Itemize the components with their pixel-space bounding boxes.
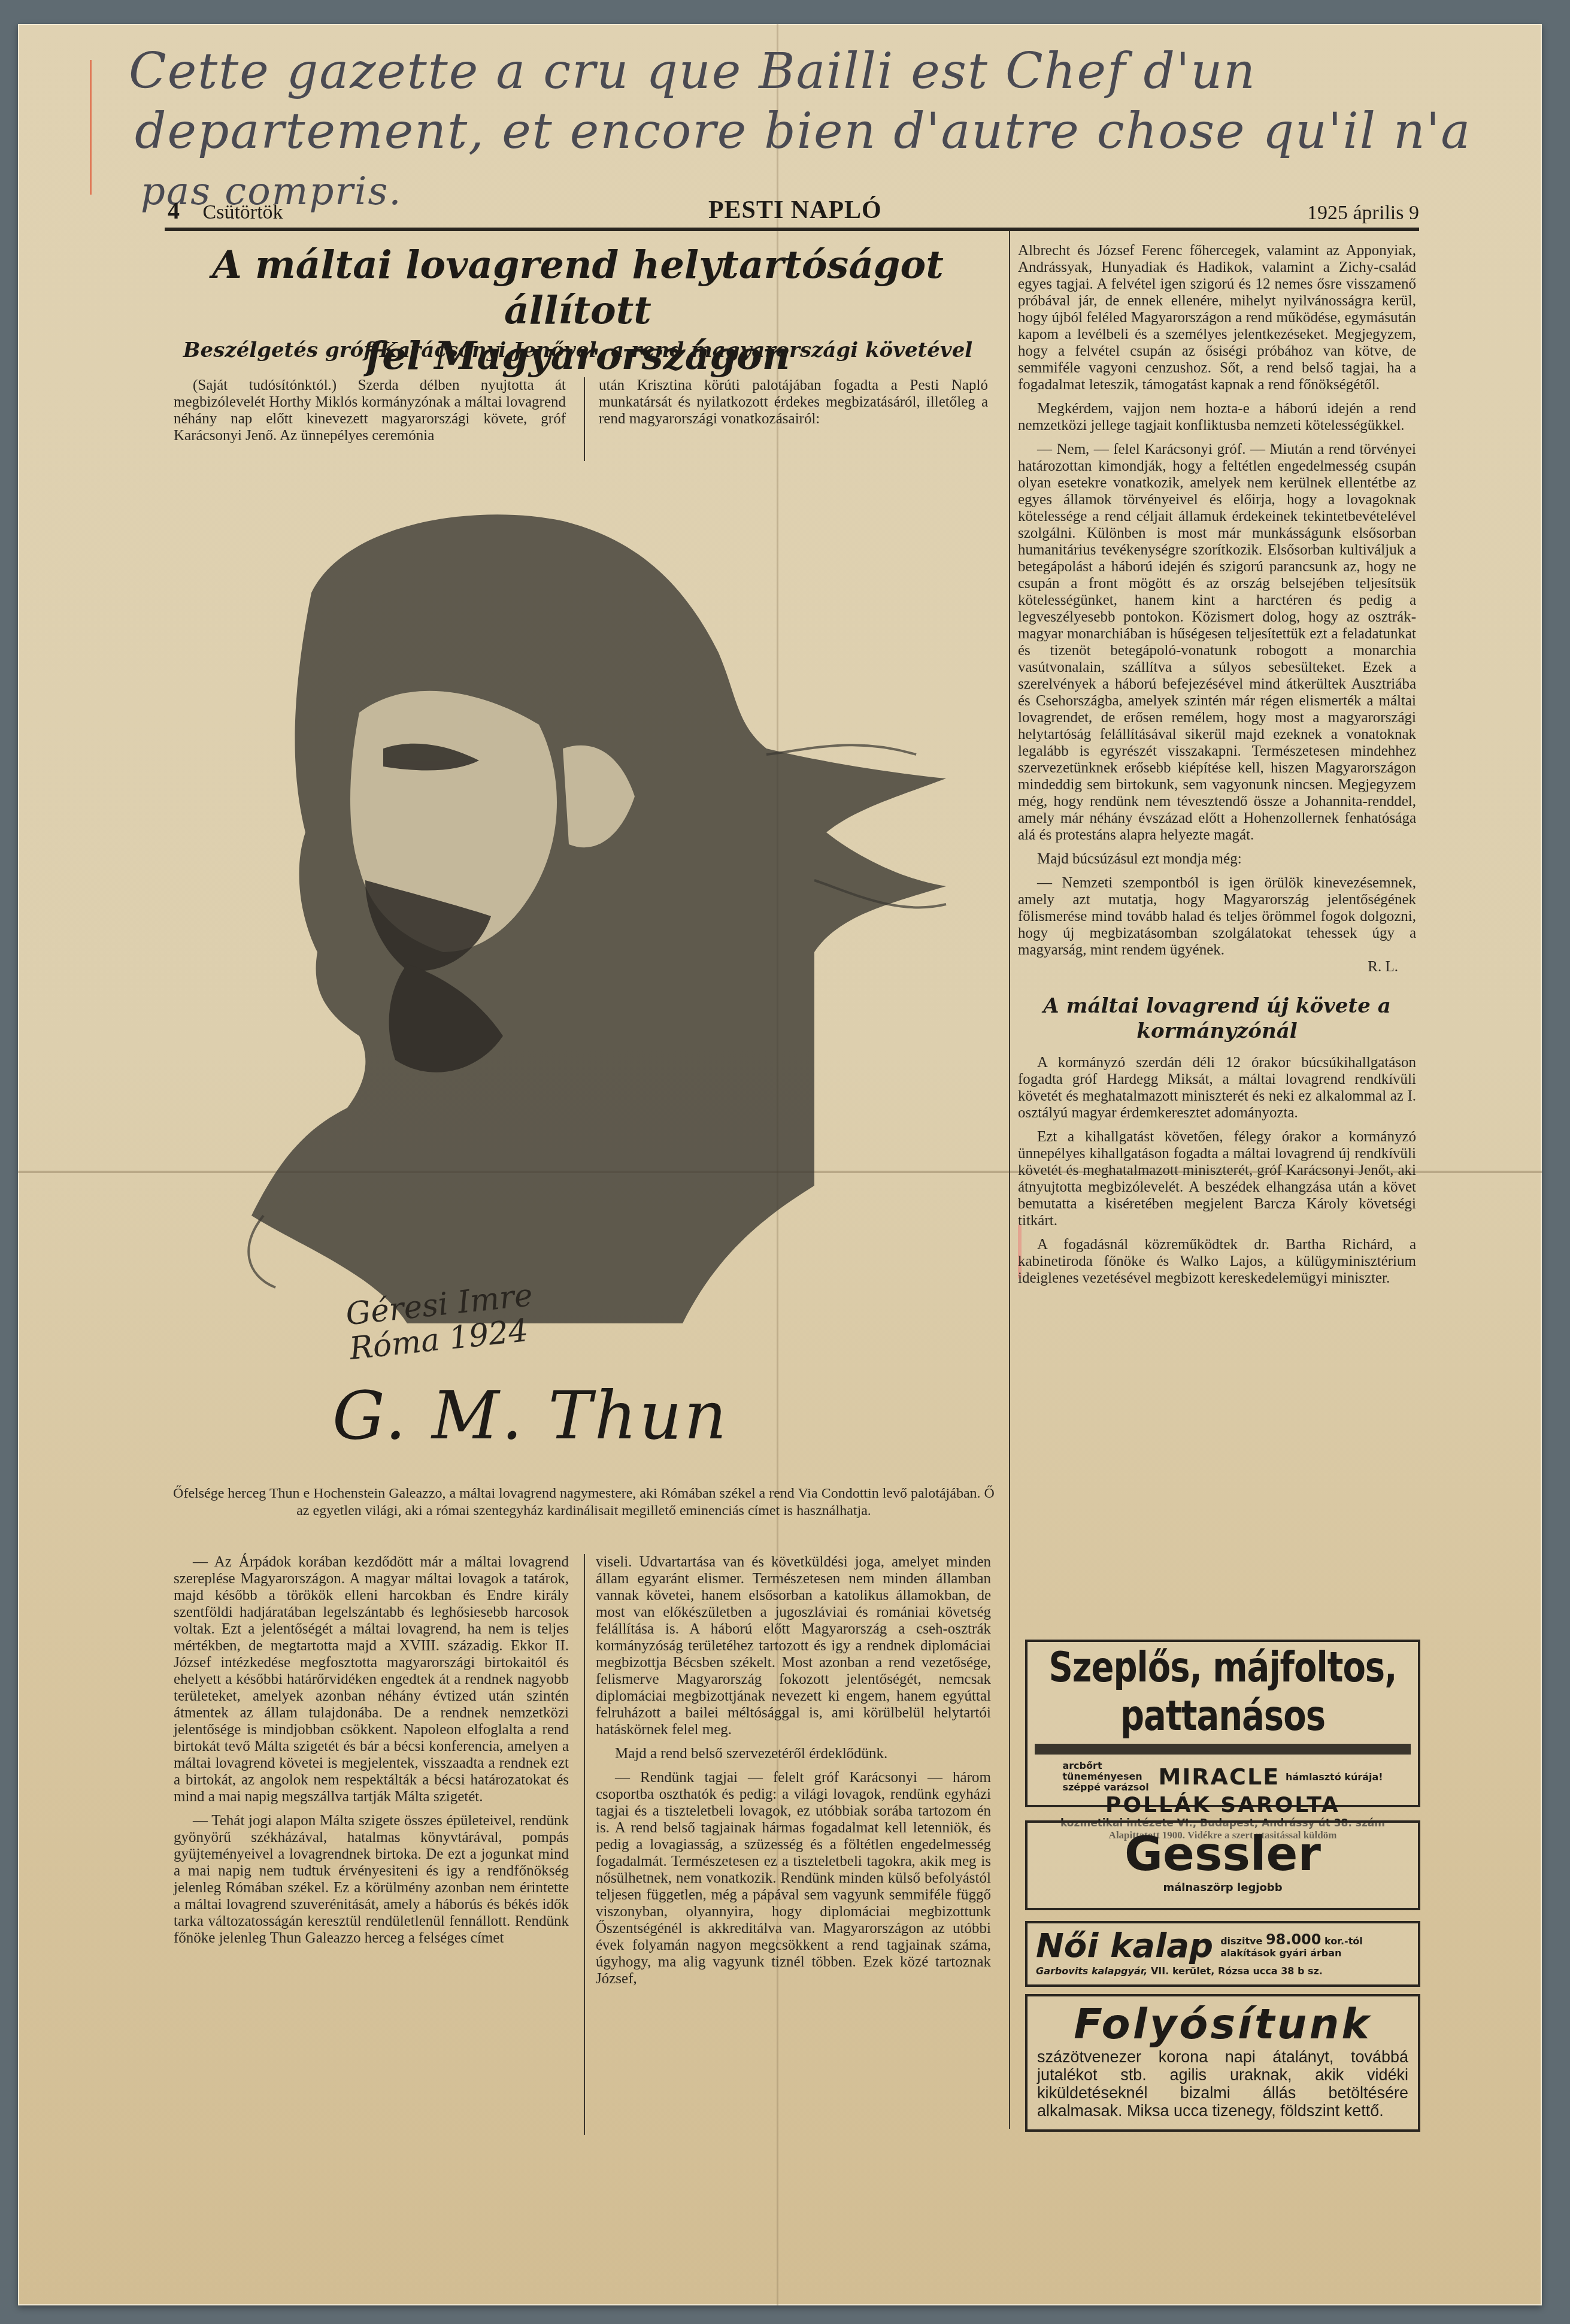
ad-divider-bar [1035,1744,1411,1755]
red-margin-mark [90,60,92,195]
column-divider [584,1554,585,2135]
paragraph: A kormányzó szerdán déli 12 órakor búcsú… [1018,1055,1416,1122]
portrait-caption: Őfelsége herceg Thun e Hochenstein Galea… [171,1485,997,1520]
subheadline: Beszélgetés gróf Karácsonyi Jenővel, a r… [147,338,1009,362]
ad-brand-row: arcbőrt tüneményesen széppé varázsol MIR… [1028,1761,1418,1793]
ad-name: POLLÁK SAROLTA [1028,1793,1418,1817]
paragraph: — Rendünk tagjai — felelt gróf Karácsony… [596,1769,991,1987]
paragraph: — Tehát jogi alapon Málta szigete összes… [174,1813,569,1947]
right-column: Albrecht és József Ferenc főhercegek, va… [1018,243,1416,1294]
ad-footer-address: VII. kerület, Rózsa ucca 38 b sz. [1151,1965,1323,1977]
masthead-rule [165,228,1419,231]
advertisement-miracle: Szeplős, májfoltos, pattanásos arcbőrt t… [1025,1640,1420,1807]
paragraph: — Nem, — felel Karácsonyi gróf. — Miután… [1018,441,1416,844]
lead-column-right: után Krisztina körúti palotájában fogadt… [599,377,988,435]
ad-text: diszitve [1220,1935,1262,1947]
column-divider [584,377,585,461]
ad-text: alakítások gyári árban [1220,1947,1363,1959]
sitter-signature: G. M. Thun [332,1377,729,1454]
handwritten-line: Cette gazette a cru que Bailli est Chef … [129,42,1506,102]
ad-top-row: Női kalap diszitve 98.000 kor.-tól alakí… [1036,1928,1410,1964]
paragraph: viseli. Udvartartása van és követküldési… [596,1554,991,1738]
portrait-sketch-icon [228,497,982,1329]
ad-small-text: hámlasztó kúrája! [1286,1771,1383,1783]
page-number: 4 [168,197,180,224]
ad-footer: Garbovits kalapgyár, VII. kerület, Rózsa… [1036,1965,1410,1977]
lead-column-left: (Saját tudósítónktól.) Szerda délben nyu… [174,377,566,452]
paragraph: A fogadásnál közreműködtek dr. Bartha Ri… [1018,1237,1416,1287]
ad-brand: MIRACLE [1158,1764,1280,1790]
column-divider [1009,231,1010,2129]
ad-small-text: arcbőrt tüneményesen széppé varázsol [1062,1761,1152,1793]
paragraph: — Nemzeti szempontból is igen örülök kin… [1018,875,1416,959]
ad-headline: Folyósítunk [1037,2000,1408,2048]
portrait-drawing [228,497,982,1329]
ad-brand: Gessler [1028,1828,1418,1881]
ad-info: diszitve 98.000 kor.-tól alakítások gyár… [1220,1934,1363,1959]
advertisement-folyositunk: Folyósítunk százötvenezer korona napi át… [1025,1994,1420,2132]
body-column-right: viseli. Udvartartása van és követküldési… [596,1554,991,1995]
advertisement-noi-kalap: Női kalap diszitve 98.000 kor.-tól alakí… [1025,1921,1420,1987]
paragraph: — Az Árpádok korában kezdődött már a mál… [174,1554,569,1805]
paper-title: PESTI NAPLÓ [708,196,882,225]
ad-text: százötvenezer korona napi átalányt, tová… [1037,2048,1408,2120]
advertisement-gessler: Gessler málnaszörp legjobb [1025,1820,1420,1910]
ad-footer-company: Garbovits kalapgyár, [1036,1965,1147,1977]
paragraph: (Saját tudósítónktól.) Szerda délben nyu… [174,377,566,444]
headline-line: A máltai lovagrend helytartóságot állíto… [147,243,1009,334]
weekday: Csütörtök [203,201,283,223]
ad-headline: Szeplős, májfoltos, pattanásos [1028,1643,1418,1741]
ad-headline: Női kalap [1036,1928,1213,1964]
paragraph: után Krisztina körúti palotájában fogadt… [599,377,988,428]
paragraph: Megkérdem, vajjon nem hozta-e a háború i… [1018,401,1416,434]
ad-text: kor.-tól [1325,1935,1363,1947]
handwritten-line: departement, et encore bien d'autre chos… [129,102,1506,162]
masthead: 4 Csütörtök PESTI NAPLÓ 1925 április 9 [168,195,1419,225]
paragraph: Ezt a kihallgatást követően, félegy órak… [1018,1129,1416,1229]
paragraph: Majd a rend belső szervezetéről érdeklőd… [596,1746,991,1762]
masthead-left: 4 Csütörtök [168,196,283,225]
issue-date: 1925 április 9 [1307,202,1419,225]
ad-tagline: málnaszörp legjobb [1028,1881,1418,1894]
second-headline: A máltai lovagrend új követe a kormányzó… [1018,993,1416,1044]
byline: R. L. [1018,959,1416,975]
paragraph: Albrecht és József Ferenc főhercegek, va… [1018,243,1416,393]
body-column-left: — Az Árpádok korában kezdődött már a mál… [174,1554,569,1954]
paragraph: Majd búcsúzásul ezt mondja még: [1018,851,1416,868]
ad-price: 98.000 [1266,1931,1322,1948]
